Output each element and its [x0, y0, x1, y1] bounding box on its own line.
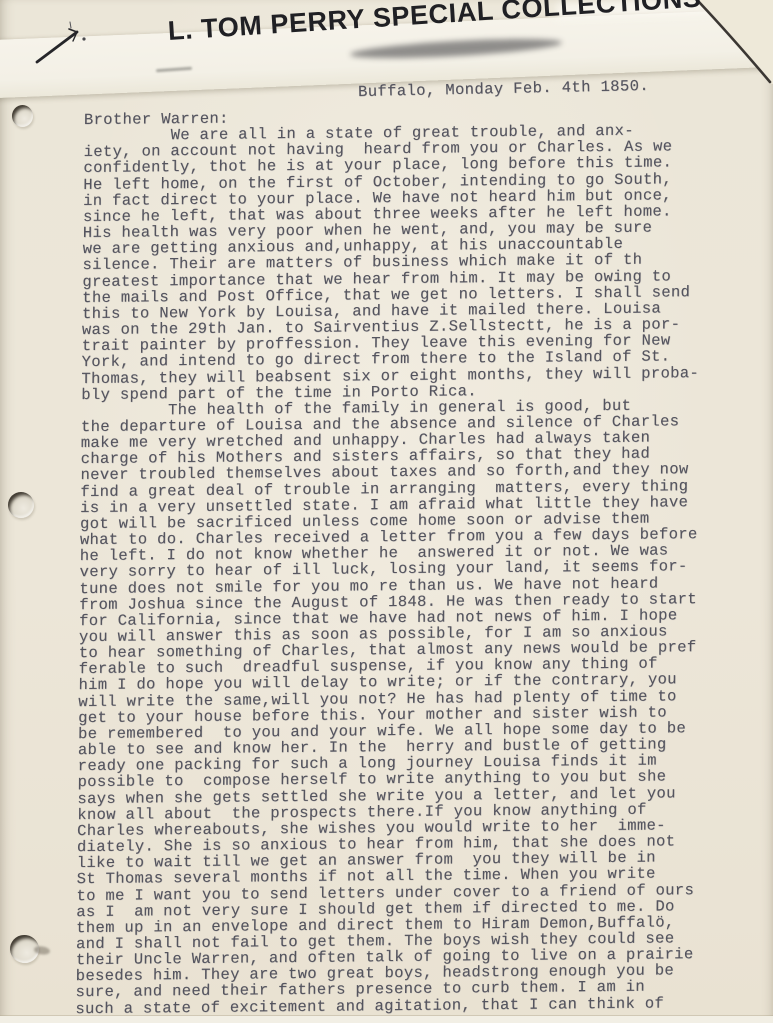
punch-hole-middle [8, 492, 34, 518]
page-corner-fold [685, 0, 773, 92]
punch-hole-top [12, 105, 33, 127]
scan-bottom-edge [0, 1016, 773, 1023]
punch-hole-bottom [8, 933, 41, 965]
pencil-arrow-mark [20, 14, 98, 80]
scanned-letter-page: L. TOM PERRY SPECIAL COLLECTIONS Buffalo… [0, 0, 773, 1023]
letter-body: Brother Warren: We are all in a state of… [75, 106, 701, 1017]
